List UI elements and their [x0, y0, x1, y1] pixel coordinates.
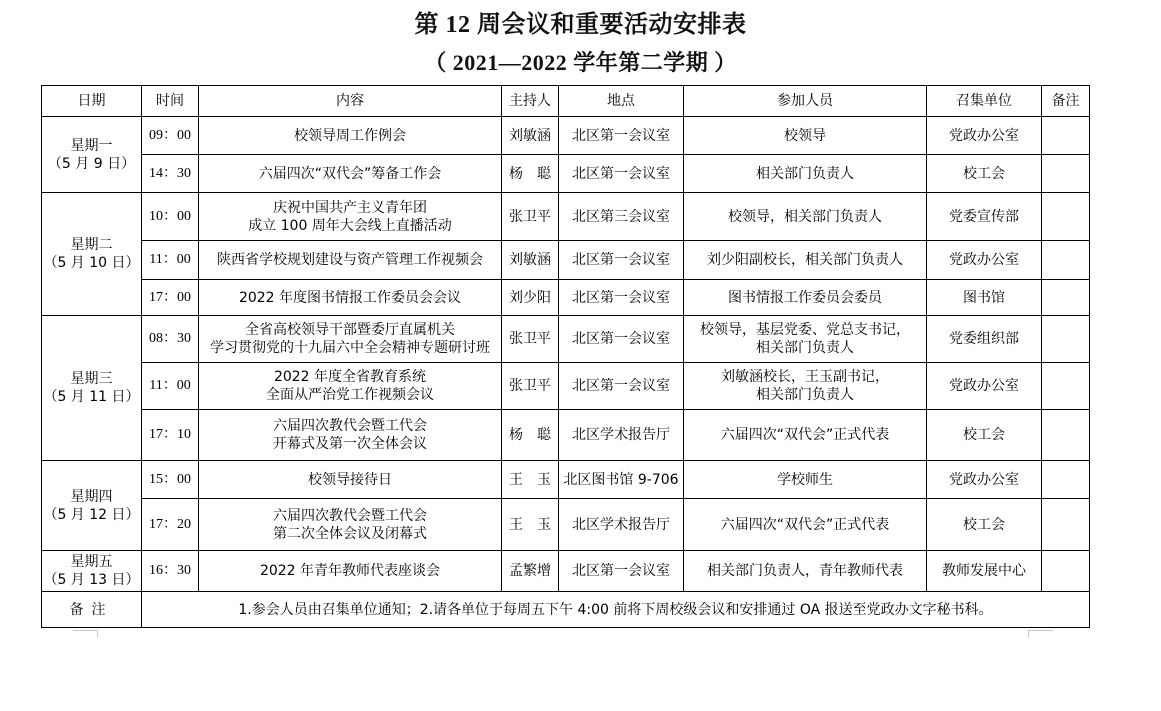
content-cell: 2022 年度全省教育系统全面从严治党工作视频会议: [199, 363, 502, 410]
location-cell: 北区第一会议室: [559, 155, 684, 193]
location-cell: 北区第一会议室: [559, 363, 684, 410]
page-corner-mark-left: [73, 630, 98, 637]
location-cell: 北区第一会议室: [559, 117, 684, 155]
organizer-cell: 党委宣传部: [927, 193, 1042, 241]
participants-cell: 六届四次“双代会”正式代表: [684, 499, 927, 551]
location-cell: 北区学术报告厅: [559, 410, 684, 461]
participants-cell: 学校师生: [684, 461, 927, 499]
organizer-cell: 党政办公室: [927, 117, 1042, 155]
table-row: 11：00 2022 年度全省教育系统全面从严治党工作视频会议 张卫平 北区第一…: [42, 363, 1090, 410]
content-cell: 六届四次教代会暨工代会第二次全体会议及闭幕式: [199, 499, 502, 551]
page-title: 第 12 周会议和重要活动安排表: [0, 4, 1161, 39]
participants-cell: 校领导，基层党委、党总支书记，相关部门负责人: [684, 316, 927, 363]
table-row: 星期五（5 月 13 日） 16：30 2022 年青年教师代表座谈会 孟繁增 …: [42, 551, 1090, 592]
content-cell: 校领导接待日: [199, 461, 502, 499]
content-cell: 2022 年青年教师代表座谈会: [199, 551, 502, 592]
day-cell: 星期三（5 月 11 日）: [42, 316, 142, 461]
day-cell: 星期五（5 月 13 日）: [42, 551, 142, 592]
participants-cell: 刘敏涵校长，王玉副书记，相关部门负责人: [684, 363, 927, 410]
header-location: 地点: [559, 86, 684, 117]
remarks-cell: [1042, 241, 1090, 280]
page-subtitle: （ 2021—2022 学年第二学期 ）: [0, 46, 1161, 77]
location-cell: 北区第三会议室: [559, 193, 684, 241]
location-cell: 北区学术报告厅: [559, 499, 684, 551]
header-date: 日期: [42, 86, 142, 117]
table-row: 星期二（5 月 10 日） 10：00 庆祝中国共产主义青年团成立 100 周年…: [42, 193, 1090, 241]
day-cell: 星期二（5 月 10 日）: [42, 193, 142, 316]
notes-label: 备注: [42, 592, 142, 628]
header-remarks: 备注: [1042, 86, 1090, 117]
content-cell: 六届四次“双代会”筹备工作会: [199, 155, 502, 193]
location-cell: 北区第一会议室: [559, 551, 684, 592]
participants-cell: 刘少阳副校长，相关部门负责人: [684, 241, 927, 280]
organizer-cell: 图书馆: [927, 280, 1042, 316]
content-cell: 陕西省学校规划建设与资产管理工作视频会: [199, 241, 502, 280]
remarks-cell: [1042, 316, 1090, 363]
notes-row: 备注 1.参会人员由召集单位通知；2.请各单位于每周五下午 4:00 前将下周校…: [42, 592, 1090, 628]
location-cell: 北区图书馆 9-706: [559, 461, 684, 499]
organizer-cell: 教师发展中心: [927, 551, 1042, 592]
remarks-cell: [1042, 280, 1090, 316]
organizer-cell: 校工会: [927, 410, 1042, 461]
table-row: 星期一（5 月 9 日） 09：00 校领导周工作例会 刘敏涵 北区第一会议室 …: [42, 117, 1090, 155]
header-time: 时间: [142, 86, 199, 117]
organizer-cell: 党政办公室: [927, 461, 1042, 499]
participants-cell: 相关部门负责人，青年教师代表: [684, 551, 927, 592]
table-row: 14：30 六届四次“双代会”筹备工作会 杨 聪 北区第一会议室 相关部门负责人…: [42, 155, 1090, 193]
table-row: 星期三（5 月 11 日） 08：30 全省高校领导干部暨委厅直属机关学习贯彻党…: [42, 316, 1090, 363]
host-cell: 张卫平: [502, 193, 559, 241]
organizer-cell: 党政办公室: [927, 363, 1042, 410]
organizer-cell: 校工会: [927, 155, 1042, 193]
host-cell: 张卫平: [502, 316, 559, 363]
time-cell: 14：30: [142, 155, 199, 193]
time-cell: 09：00: [142, 117, 199, 155]
content-cell: 全省高校领导干部暨委厅直属机关学习贯彻党的十九届六中全会精神专题研讨班: [199, 316, 502, 363]
content-cell: 庆祝中国共产主义青年团成立 100 周年大会线上直播活动: [199, 193, 502, 241]
time-cell: 17：10: [142, 410, 199, 461]
remarks-cell: [1042, 155, 1090, 193]
time-cell: 11：00: [142, 363, 199, 410]
header-organizer: 召集单位: [927, 86, 1042, 117]
time-cell: 11：00: [142, 241, 199, 280]
time-cell: 16：30: [142, 551, 199, 592]
content-cell: 校领导周工作例会: [199, 117, 502, 155]
host-cell: 刘敏涵: [502, 117, 559, 155]
header-content: 内容: [199, 86, 502, 117]
host-cell: 杨 聪: [502, 155, 559, 193]
header-host: 主持人: [502, 86, 559, 117]
host-cell: 王 玉: [502, 499, 559, 551]
notes-text: 1.参会人员由召集单位通知；2.请各单位于每周五下午 4:00 前将下周校级会议…: [142, 592, 1090, 628]
header-participants: 参加人员: [684, 86, 927, 117]
day-cell: 星期一（5 月 9 日）: [42, 117, 142, 193]
content-cell: 六届四次教代会暨工代会开幕式及第一次全体会议: [199, 410, 502, 461]
host-cell: 张卫平: [502, 363, 559, 410]
host-cell: 刘敏涵: [502, 241, 559, 280]
time-cell: 08：30: [142, 316, 199, 363]
time-cell: 17：00: [142, 280, 199, 316]
remarks-cell: [1042, 551, 1090, 592]
host-cell: 刘少阳: [502, 280, 559, 316]
remarks-cell: [1042, 461, 1090, 499]
location-cell: 北区第一会议室: [559, 280, 684, 316]
remarks-cell: [1042, 117, 1090, 155]
location-cell: 北区第一会议室: [559, 241, 684, 280]
time-cell: 17：20: [142, 499, 199, 551]
remarks-cell: [1042, 363, 1090, 410]
day-cell: 星期四（5 月 12 日）: [42, 461, 142, 551]
page-corner-mark-right: [1028, 630, 1053, 637]
participants-cell: 六届四次“双代会”正式代表: [684, 410, 927, 461]
table-row: 17：20 六届四次教代会暨工代会第二次全体会议及闭幕式 王 玉 北区学术报告厅…: [42, 499, 1090, 551]
remarks-cell: [1042, 193, 1090, 241]
time-cell: 15：00: [142, 461, 199, 499]
table-row: 17：00 2022 年度图书情报工作委员会会议 刘少阳 北区第一会议室 图书情…: [42, 280, 1090, 316]
host-cell: 孟繁增: [502, 551, 559, 592]
remarks-cell: [1042, 410, 1090, 461]
schedule-table: 日期 时间 内容 主持人 地点 参加人员 召集单位 备注 星期一（5 月 9 日…: [41, 85, 1090, 628]
participants-cell: 图书情报工作委员会委员: [684, 280, 927, 316]
participants-cell: 校领导: [684, 117, 927, 155]
time-cell: 10：00: [142, 193, 199, 241]
organizer-cell: 校工会: [927, 499, 1042, 551]
host-cell: 杨 聪: [502, 410, 559, 461]
header-row: 日期 时间 内容 主持人 地点 参加人员 召集单位 备注: [42, 86, 1090, 117]
organizer-cell: 党政办公室: [927, 241, 1042, 280]
table-row: 11：00 陕西省学校规划建设与资产管理工作视频会 刘敏涵 北区第一会议室 刘少…: [42, 241, 1090, 280]
remarks-cell: [1042, 499, 1090, 551]
organizer-cell: 党委组织部: [927, 316, 1042, 363]
content-cell: 2022 年度图书情报工作委员会会议: [199, 280, 502, 316]
participants-cell: 校领导，相关部门负责人: [684, 193, 927, 241]
participants-cell: 相关部门负责人: [684, 155, 927, 193]
host-cell: 王 玉: [502, 461, 559, 499]
location-cell: 北区第一会议室: [559, 316, 684, 363]
table-row: 星期四（5 月 12 日） 15：00 校领导接待日 王 玉 北区图书馆 9-7…: [42, 461, 1090, 499]
table-row: 17：10 六届四次教代会暨工代会开幕式及第一次全体会议 杨 聪 北区学术报告厅…: [42, 410, 1090, 461]
